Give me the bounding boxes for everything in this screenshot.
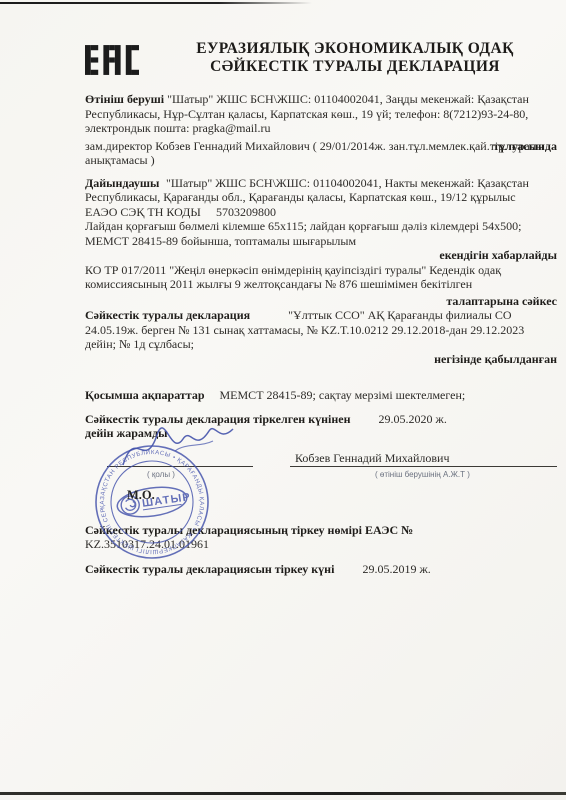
eac-mark-icon [85,34,139,86]
manufacturer-label: Дайындаушы [85,176,163,191]
document-title: ЕУРАЗИЯЛЫҚ ЭКОНОМИКАЛЫҚ ОДАҚ СӘЙКЕСТІК Т… [139,34,557,77]
declaration-document: ЕУРАЗИЯЛЫҚ ЭКОНОМИКАЛЫҚ ОДАҚ СӘЙКЕСТІК Т… [0,0,566,576]
product-paragraph: Лайдан қорғағыш бөлмелі кілемше 65х115; … [85,219,557,248]
tnved-paragraph: ЕАЭО СЭҚ ТН КОДЫ 5703209800 [85,205,557,220]
regulation-text: КО ТР 017/2011 "Жеңіл өнеркәсіп өнімдері… [85,263,501,292]
registration-date-paragraph: Сәйкестік туралы декларациясын тіркеу кү… [85,562,557,577]
tnved-label: ЕАЭО СЭҚ ТН КОДЫ [85,205,213,220]
basis-label: Сәйкестік туралы декларация [85,308,250,322]
validity-date: 29.05.2020 ж. [379,412,447,426]
product-right-word: екендігін хабарлайды [85,248,557,263]
regulation-right-word: талаптарына сәйкес [85,294,557,309]
applicant-paragraph: Өтініш беруші "Шатыр" ЖШС БСН\ЖШС: 01104… [85,92,557,136]
title-line-1: ЕУРАЗИЯЛЫҚ ЭКОНОМИКАЛЫҚ ОДАҚ [153,40,557,58]
registration-date-label: Сәйкестік туралы декларациясын тіркеу кү… [85,562,334,576]
title-line-2: СӘЙКЕСТІК ТУРАЛЫ ДЕКЛАРАЦИЯ [153,58,557,76]
person-line-2: анықтамасы ) [85,153,557,168]
signer-name: Кобзев Геннадий Михайлович [295,451,450,466]
scan-artifact-bottom-line [0,792,566,795]
applicant-label: Өтініш беруші [85,92,164,107]
basis-paragraph: Сәйкестік туралы декларация "Ұлттык ССО"… [85,308,557,352]
authorized-person-paragraph: зам.директор Кобзев Геннадий Михайлович … [85,139,557,168]
tnved-code: 5703209800 [216,205,276,219]
signature-block: ( қолы ) Кобзев Геннадий Михайлович ( өт… [85,445,557,523]
product-text: Лайдан қорғағыш бөлмелі кілемше 65х115; … [85,219,521,248]
document-header: ЕУРАЗИЯЛЫҚ ЭКОНОМИКАЛЫҚ ОДАҚ СӘЙКЕСТІК Т… [85,34,557,86]
manufacturer-paragraph: Дайындаушы "Шатыр" ЖШС БСН\ЖШС: 01104002… [85,176,557,205]
seal-place-caption: М.О. [127,488,155,503]
regulation-paragraph: КО ТР 017/2011 "Жеңіл өнеркәсіп өнімдері… [85,263,557,292]
additional-info-text: МЕМСТ 28415-89; сақтау мерзімі шектелмег… [220,388,466,402]
basis-right-word: негізінде қабылданған [85,352,557,367]
additional-info-label: Қосымша ақпараттар [85,388,205,402]
signer-name-caption: ( өтініш берушінің А.Ж.Т ) [375,470,470,479]
person-right-word: тұлғасында [493,139,557,154]
registration-date-value: 29.05.2019 ж. [362,562,430,576]
additional-info-paragraph: Қосымша ақпараттар МЕМСТ 28415-89; сақта… [85,388,557,403]
person-line-1: зам.директор Кобзев Геннадий Михайлович … [85,139,557,154]
signer-name-line [290,466,557,467]
